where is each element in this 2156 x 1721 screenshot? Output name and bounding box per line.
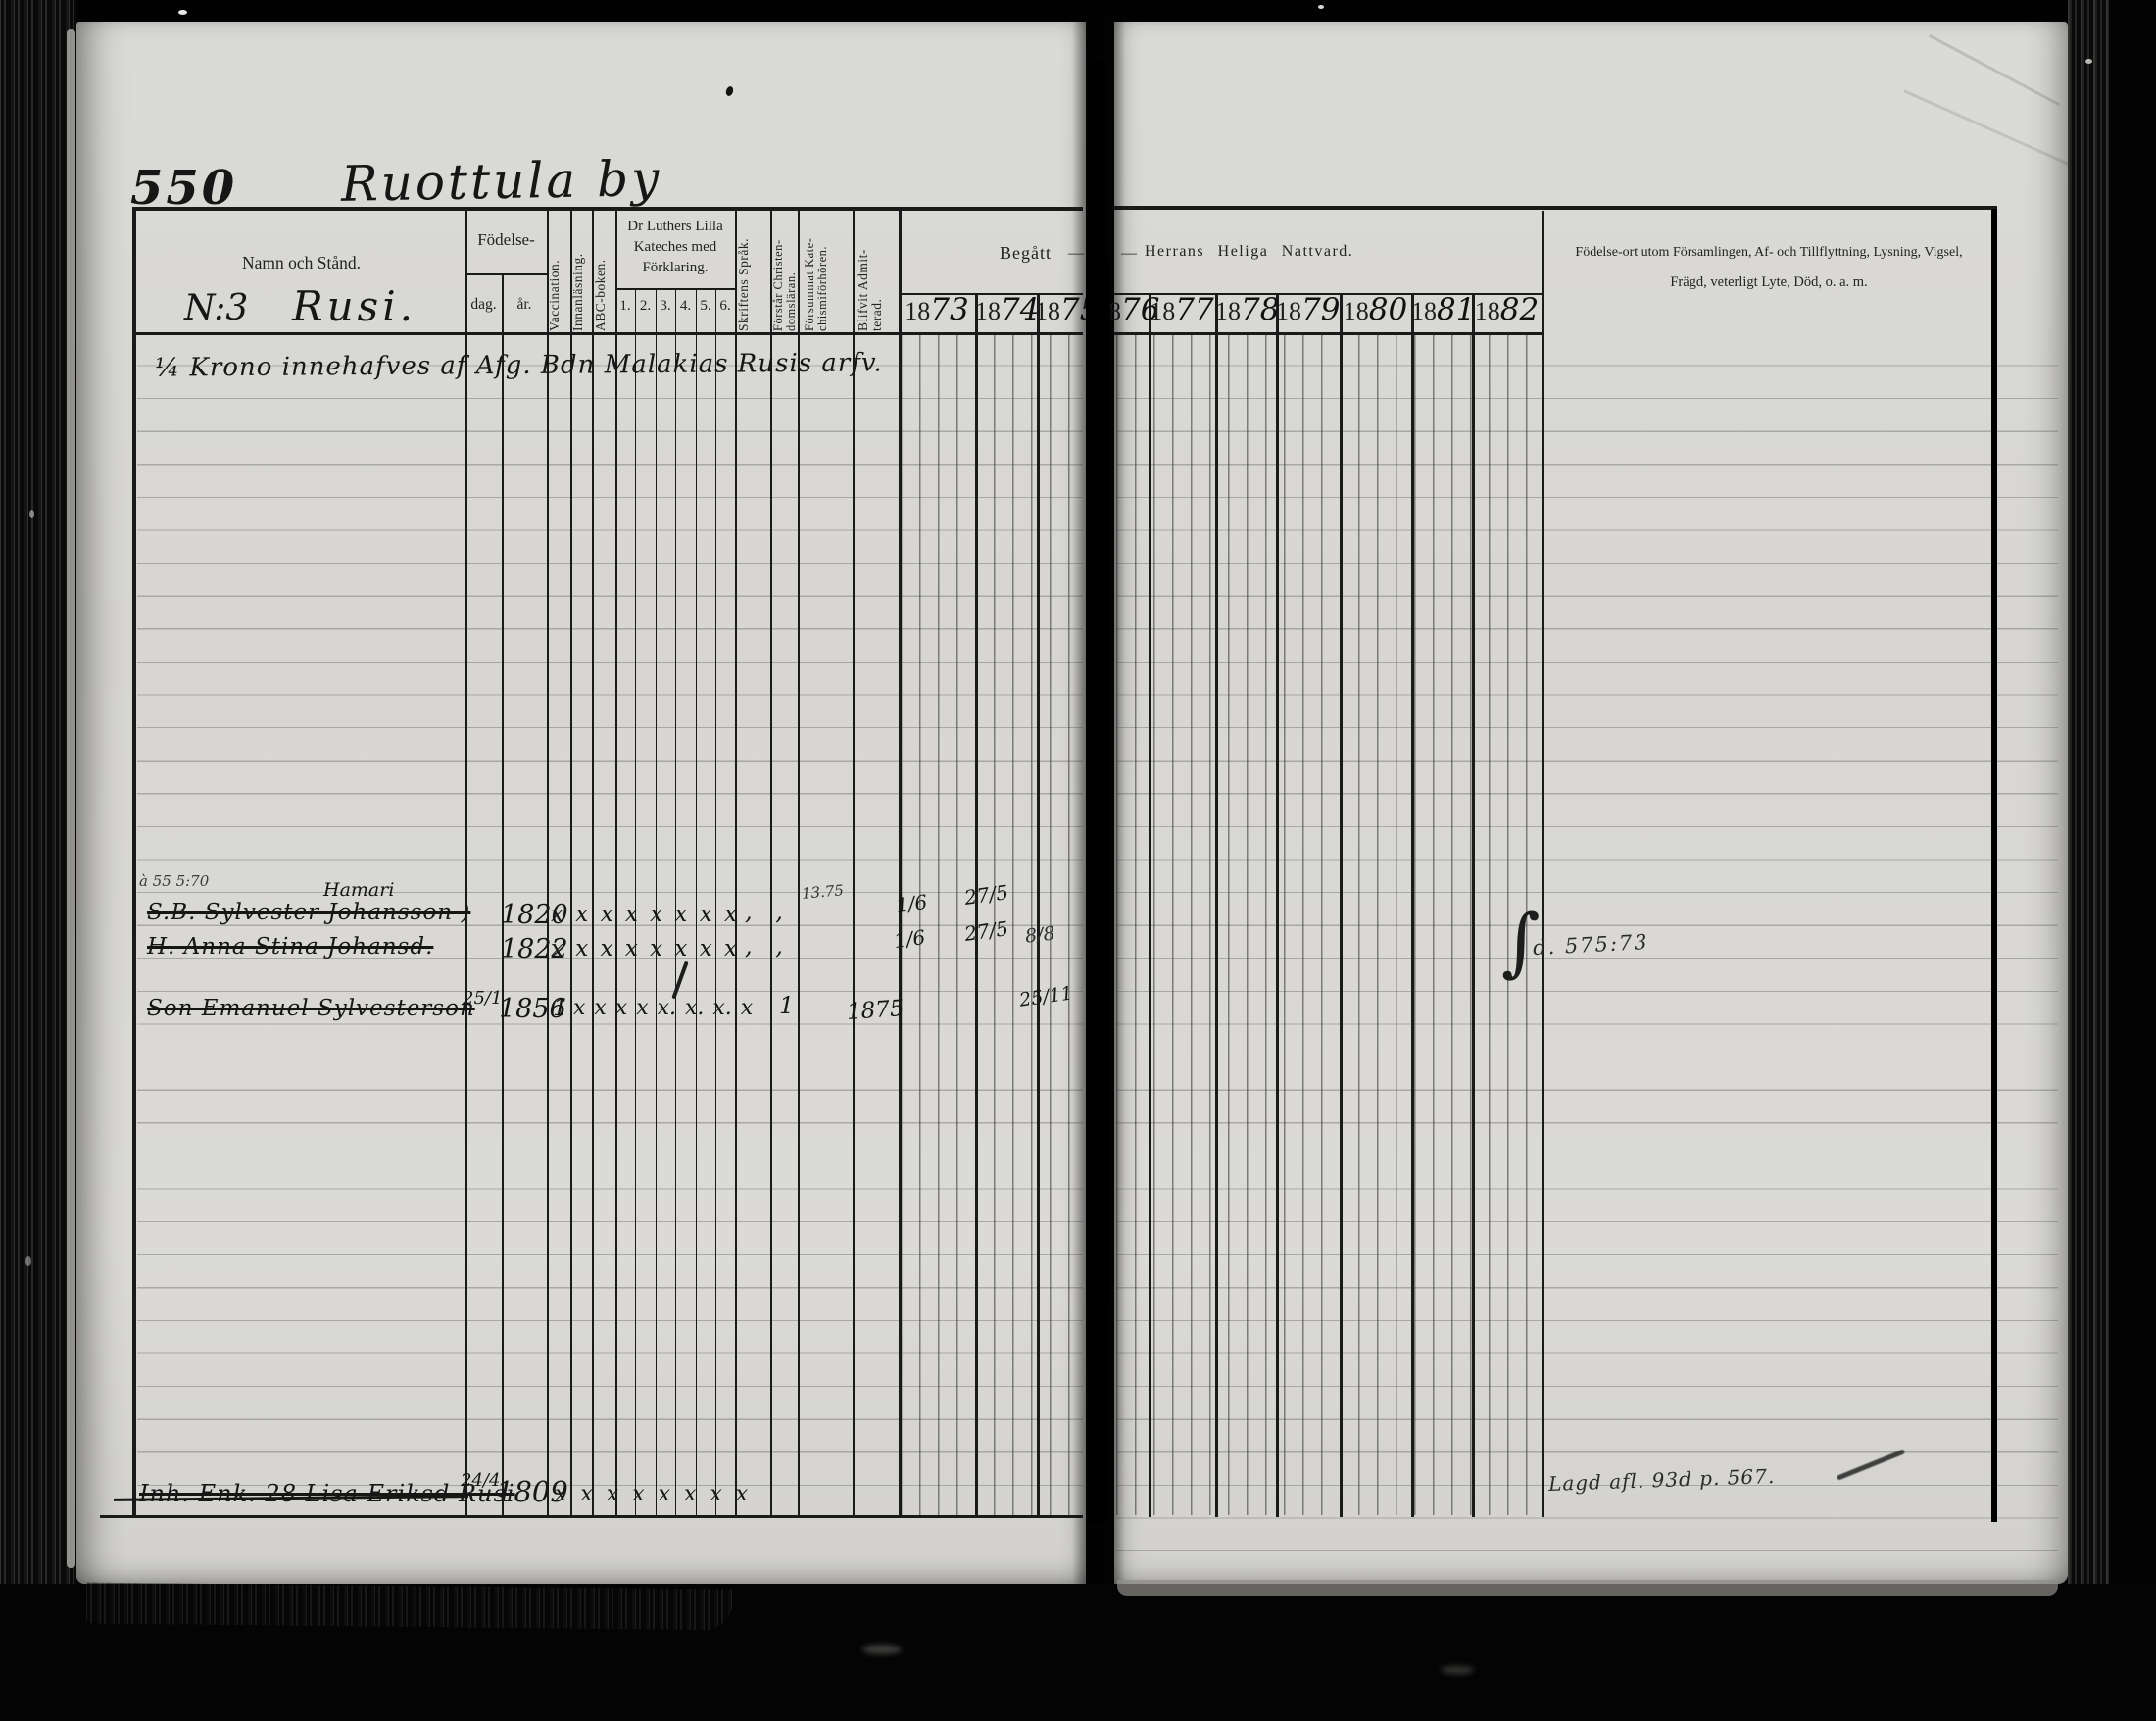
year-printed: 18	[975, 297, 1001, 325]
dust-speck	[1318, 5, 1324, 9]
col-line-dag-ar	[502, 275, 504, 1517]
header-info-line2: Frägd, veterligt Lyte, Död, o. a. m.	[1544, 274, 1993, 291]
year-hand: 78	[1241, 292, 1279, 327]
bottom-page-stack-edge	[86, 1583, 733, 1631]
header-info-line1: Födelse-ort utom Församlingen, Af- och T…	[1544, 245, 1993, 261]
header-name-col: Namn och Stånd.	[137, 253, 465, 273]
year-header-1882: 1882	[1472, 292, 1542, 333]
year-header-1873: 1873	[899, 292, 975, 333]
year-printed: 18	[905, 297, 930, 325]
year-printed: 18	[1215, 297, 1241, 325]
year-boundary-1881	[1472, 295, 1475, 1517]
col-line-understands-right	[798, 211, 800, 1517]
col-line-name-right	[465, 211, 467, 1517]
row-birth-day: 25/1	[463, 988, 502, 1008]
left-page-edge-highlight	[67, 29, 75, 1568]
year-hand: 82	[1500, 292, 1539, 327]
row-marks-extra: , ,	[745, 898, 783, 925]
year-boundary-1879	[1340, 295, 1343, 1517]
row-vaccination-mark: 1	[553, 994, 567, 1021]
year-printed: 18	[1344, 297, 1369, 325]
header-catechism-col-5: 5.	[696, 298, 715, 315]
row-marks: x x x x x x x x	[555, 1482, 748, 1506]
header-birth-day: dag.	[465, 296, 502, 314]
year-hand: 73	[930, 292, 968, 327]
bottom-right-page-edge	[1117, 1580, 2058, 1596]
header-scripture-lang: Skriftens Språk.	[737, 216, 770, 331]
row-communion-1873: 1/6	[892, 925, 926, 953]
year-hand: 81	[1437, 292, 1475, 327]
row-birth-day: 24/4	[461, 1470, 500, 1491]
year-header-1874: 1874	[975, 292, 1037, 333]
row-note: 13.75	[801, 881, 844, 903]
dust-speck	[1441, 1666, 1474, 1674]
header-catechism: Dr Luthers Lilla Kateches med Förklaring…	[615, 217, 735, 278]
dust-speck	[29, 510, 34, 518]
year-printed: 18	[1150, 297, 1175, 325]
header-communion-begatt: Begått	[1000, 243, 1052, 264]
row-admitted-year: 1875	[846, 996, 905, 1025]
year-printed: 18	[1475, 297, 1500, 325]
year-header-1879: 1879	[1276, 292, 1340, 333]
year-header-1878: 1878	[1215, 292, 1276, 333]
table-left-border	[132, 209, 136, 1517]
col-line-missed-right	[853, 211, 855, 1517]
row-name: Son Emanuel Sylvesterson	[147, 996, 475, 1021]
header-catechism-col-3: 3.	[656, 298, 675, 315]
village-title: Ruottula by	[341, 150, 662, 213]
row-place-note: Hamari	[323, 879, 394, 901]
header-admitted: Blifvit Admit- terad.	[857, 216, 896, 331]
top-black-margin	[0, 0, 2156, 22]
row-extra-mark: 1	[779, 992, 794, 1019]
row-communion-1873: 1/6	[894, 890, 928, 917]
col-line-reading-right	[592, 211, 594, 1517]
row-marks: x x x x x. x. x. x	[573, 996, 753, 1020]
year-boundary-1877	[1215, 295, 1218, 1517]
household-name: Rusi.	[292, 282, 416, 330]
year-boundary-1876	[1149, 295, 1151, 1517]
row-name: H. Anna Stina Johansd.	[147, 934, 433, 959]
year-printed: 18	[1035, 297, 1060, 325]
right-black-margin	[2109, 0, 2156, 1721]
year-printed: 18	[1276, 297, 1301, 325]
gutter-core-top	[1089, 59, 1105, 270]
header-birth: Födelse-	[465, 230, 547, 250]
header-reading: Innanläsning.	[571, 218, 592, 331]
col-line-birth-right	[547, 211, 549, 1517]
dust-speck	[2085, 59, 2092, 64]
header-catechism-col-4: 4.	[675, 298, 696, 315]
header-catechism-col-2: 2.	[635, 298, 656, 315]
header-catechism-col-1: 1.	[615, 298, 635, 315]
year-boundary-1880	[1411, 295, 1414, 1517]
year-header-1877: 1877	[1149, 292, 1215, 333]
table-top-border-right	[1114, 206, 1997, 210]
header-understands: Förstår Christen- domsläran.	[772, 216, 798, 331]
header-missed-exam: Försummat Kate- chismiförhören.	[804, 216, 849, 331]
year-header-1881: 1881	[1411, 292, 1472, 333]
info-column-right-border	[1991, 209, 1997, 1522]
row-communion-1875: 8/8	[1024, 922, 1056, 947]
year-hand: 77	[1175, 292, 1213, 327]
dust-speck	[862, 1645, 902, 1654]
year-boundary-1874	[1037, 295, 1040, 1517]
year-hand: 74	[1001, 292, 1039, 327]
household-number: N:3	[184, 288, 248, 328]
header-vaccination: Vaccination.	[548, 218, 570, 331]
gutter-core	[1086, 257, 1110, 1307]
row-name: S.B. Sylvester Johansson )	[147, 900, 470, 925]
year-hand: 79	[1301, 292, 1340, 327]
left-book-edge	[0, 0, 76, 1721]
row-marks: x x x x x x x x	[551, 936, 737, 961]
header-communion-nattvard: Herrans Heliga Nattvard.	[1145, 243, 1353, 261]
year-hand: 80	[1369, 292, 1407, 327]
year-subcolumn-lines-right	[1116, 335, 1542, 1515]
header-catechism-col-6: 6.	[715, 298, 735, 315]
birth-header-divider	[465, 273, 547, 275]
year-boundary-1878	[1276, 295, 1279, 1517]
page-number: 550	[130, 161, 237, 216]
col-line-admitted-right	[899, 211, 902, 1517]
header-abc-book: ABC-boken.	[594, 218, 615, 331]
col-line-catechism-right	[735, 211, 737, 1517]
ownership-note: ¼ Krono innehafves af Afg. Bdn Malakias …	[155, 348, 883, 382]
info-column-left-border	[1542, 211, 1544, 1517]
gutter-core-bottom	[1088, 1299, 1107, 1524]
col-line-abc-right	[615, 211, 617, 1517]
col-line-vacc-right	[570, 211, 572, 1517]
header-birth-year: år.	[502, 296, 547, 314]
margin-note: à 55 5:70	[139, 872, 209, 890]
year-printed: 18	[1411, 297, 1437, 325]
row-name: Inh. Enk. 28 Lisa Eriksd Rusi	[139, 1480, 515, 1507]
dust-speck	[178, 10, 187, 15]
scanned-ledger-spread: 550 Ruottula by Namn och Stånd. Födelse-…	[0, 0, 2156, 1721]
row-marks-extra: , ,	[745, 932, 783, 959]
year-header-1880: 1880	[1340, 292, 1411, 333]
dust-speck	[25, 1256, 31, 1266]
row-marks: x x x x x x x x	[551, 902, 737, 927]
col-line-scripture-right	[770, 211, 772, 1517]
